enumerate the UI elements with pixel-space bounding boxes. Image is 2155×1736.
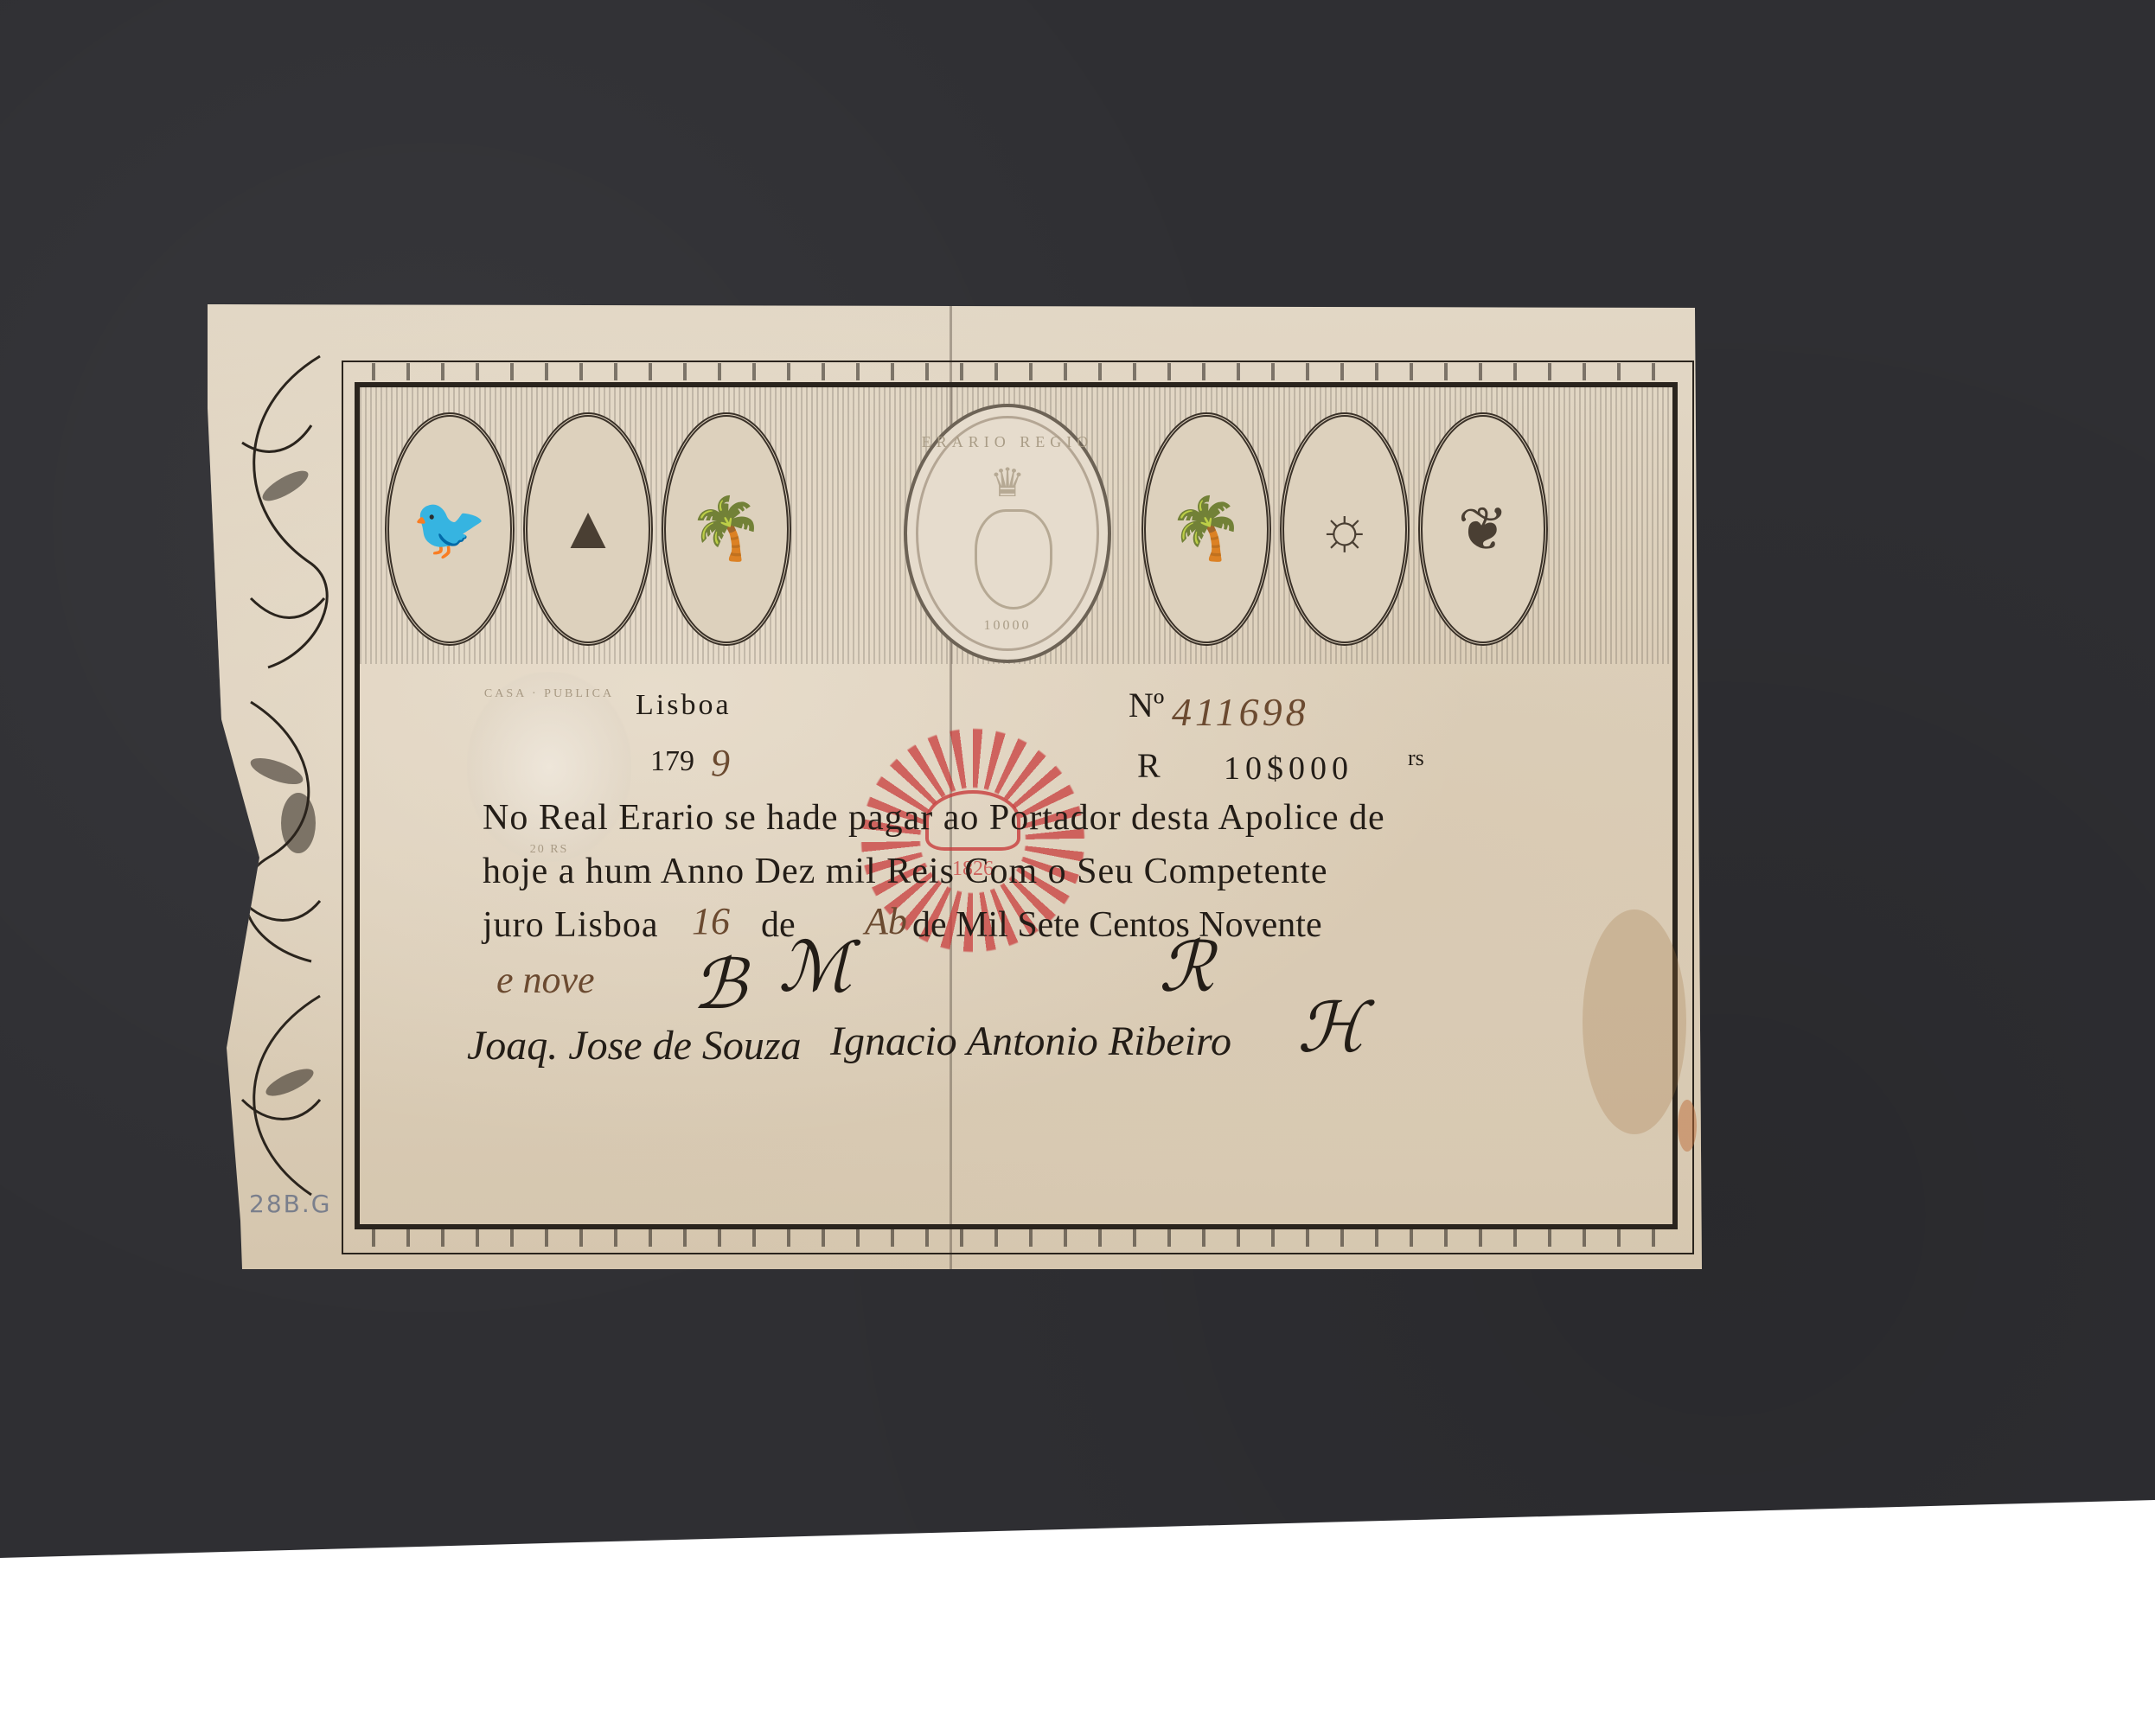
pencil-catalog-note: 28B.G [249, 1190, 331, 1218]
vignette-palm: 🌴 [1141, 412, 1271, 646]
vignette-bird-branch: ❦ [1418, 412, 1548, 646]
vignette-sun-mirror: ☼ [1280, 412, 1410, 646]
body-line-1: No Real Erario se hade pagar ao Portador… [483, 797, 1385, 839]
sun-icon: ☼ [1284, 417, 1405, 641]
wavy-border-top [355, 363, 1678, 380]
signature-left: Joaq. Jose de Souza [467, 1022, 802, 1069]
city-heading: Lisboa [636, 689, 732, 722]
year-printed: 179 [650, 745, 694, 778]
banknote: 🐦 ▲ 🌴 ERARIO REGIO ♛ 10000 🌴 ☼ ❦ CASA · … [208, 304, 1702, 1269]
palm-icon: 🌴 [1146, 417, 1267, 641]
shield-icon [975, 509, 1052, 610]
handwritten-month: Ab [865, 899, 907, 943]
embossed-stamp-text: CASA · PUBLICA [467, 687, 631, 701]
palm-icon: 🌴 [666, 417, 787, 641]
signature-flourish: ℋ [1297, 987, 1365, 1069]
obelisk-icon: ▲ [528, 417, 649, 641]
signature-right: Ignacio Antonio Ribeiro [830, 1018, 1231, 1065]
stain [1583, 909, 1686, 1134]
vignette-obelisk: ▲ [523, 412, 653, 646]
body-line-2: hoje a hum Anno Dez mil Reis Com o Seu C… [483, 851, 1328, 892]
bird-icon: 🐦 [389, 417, 510, 641]
wavy-border-bottom [355, 1229, 1678, 1247]
year-handwritten: 9 [711, 741, 730, 785]
stain [1678, 1100, 1697, 1152]
royal-seal: ERARIO REGIO ♛ 10000 [904, 404, 1111, 663]
value-label: R [1137, 745, 1161, 786]
number-label: Nº [1129, 685, 1164, 725]
body-line-3: juro Lisboa [483, 904, 658, 946]
handwritten-day: 16 [692, 899, 730, 943]
vignette-palm-sun: 🌴 [662, 412, 791, 646]
seal-value: 10000 [907, 618, 1108, 634]
value-amount: 10$000 [1224, 750, 1353, 788]
vignette-bird-tree: 🐦 [385, 412, 515, 646]
seal-text: ERARIO REGIO [907, 433, 1108, 451]
value-suffix: rs [1408, 745, 1424, 771]
crown-icon: ♛ [907, 459, 1108, 506]
handwritten-year-words: e nove [496, 958, 595, 1002]
signature-flourish: ℳ [778, 927, 853, 1008]
serial-number: 411698 [1172, 689, 1309, 735]
signature-flourish: ℛ [1159, 927, 1214, 1008]
body-line-3-rest: de Mil Sete Centos Novente [912, 904, 1322, 946]
branch-icon: ❦ [1423, 417, 1544, 641]
signature-flourish: ℬ [692, 944, 746, 1025]
